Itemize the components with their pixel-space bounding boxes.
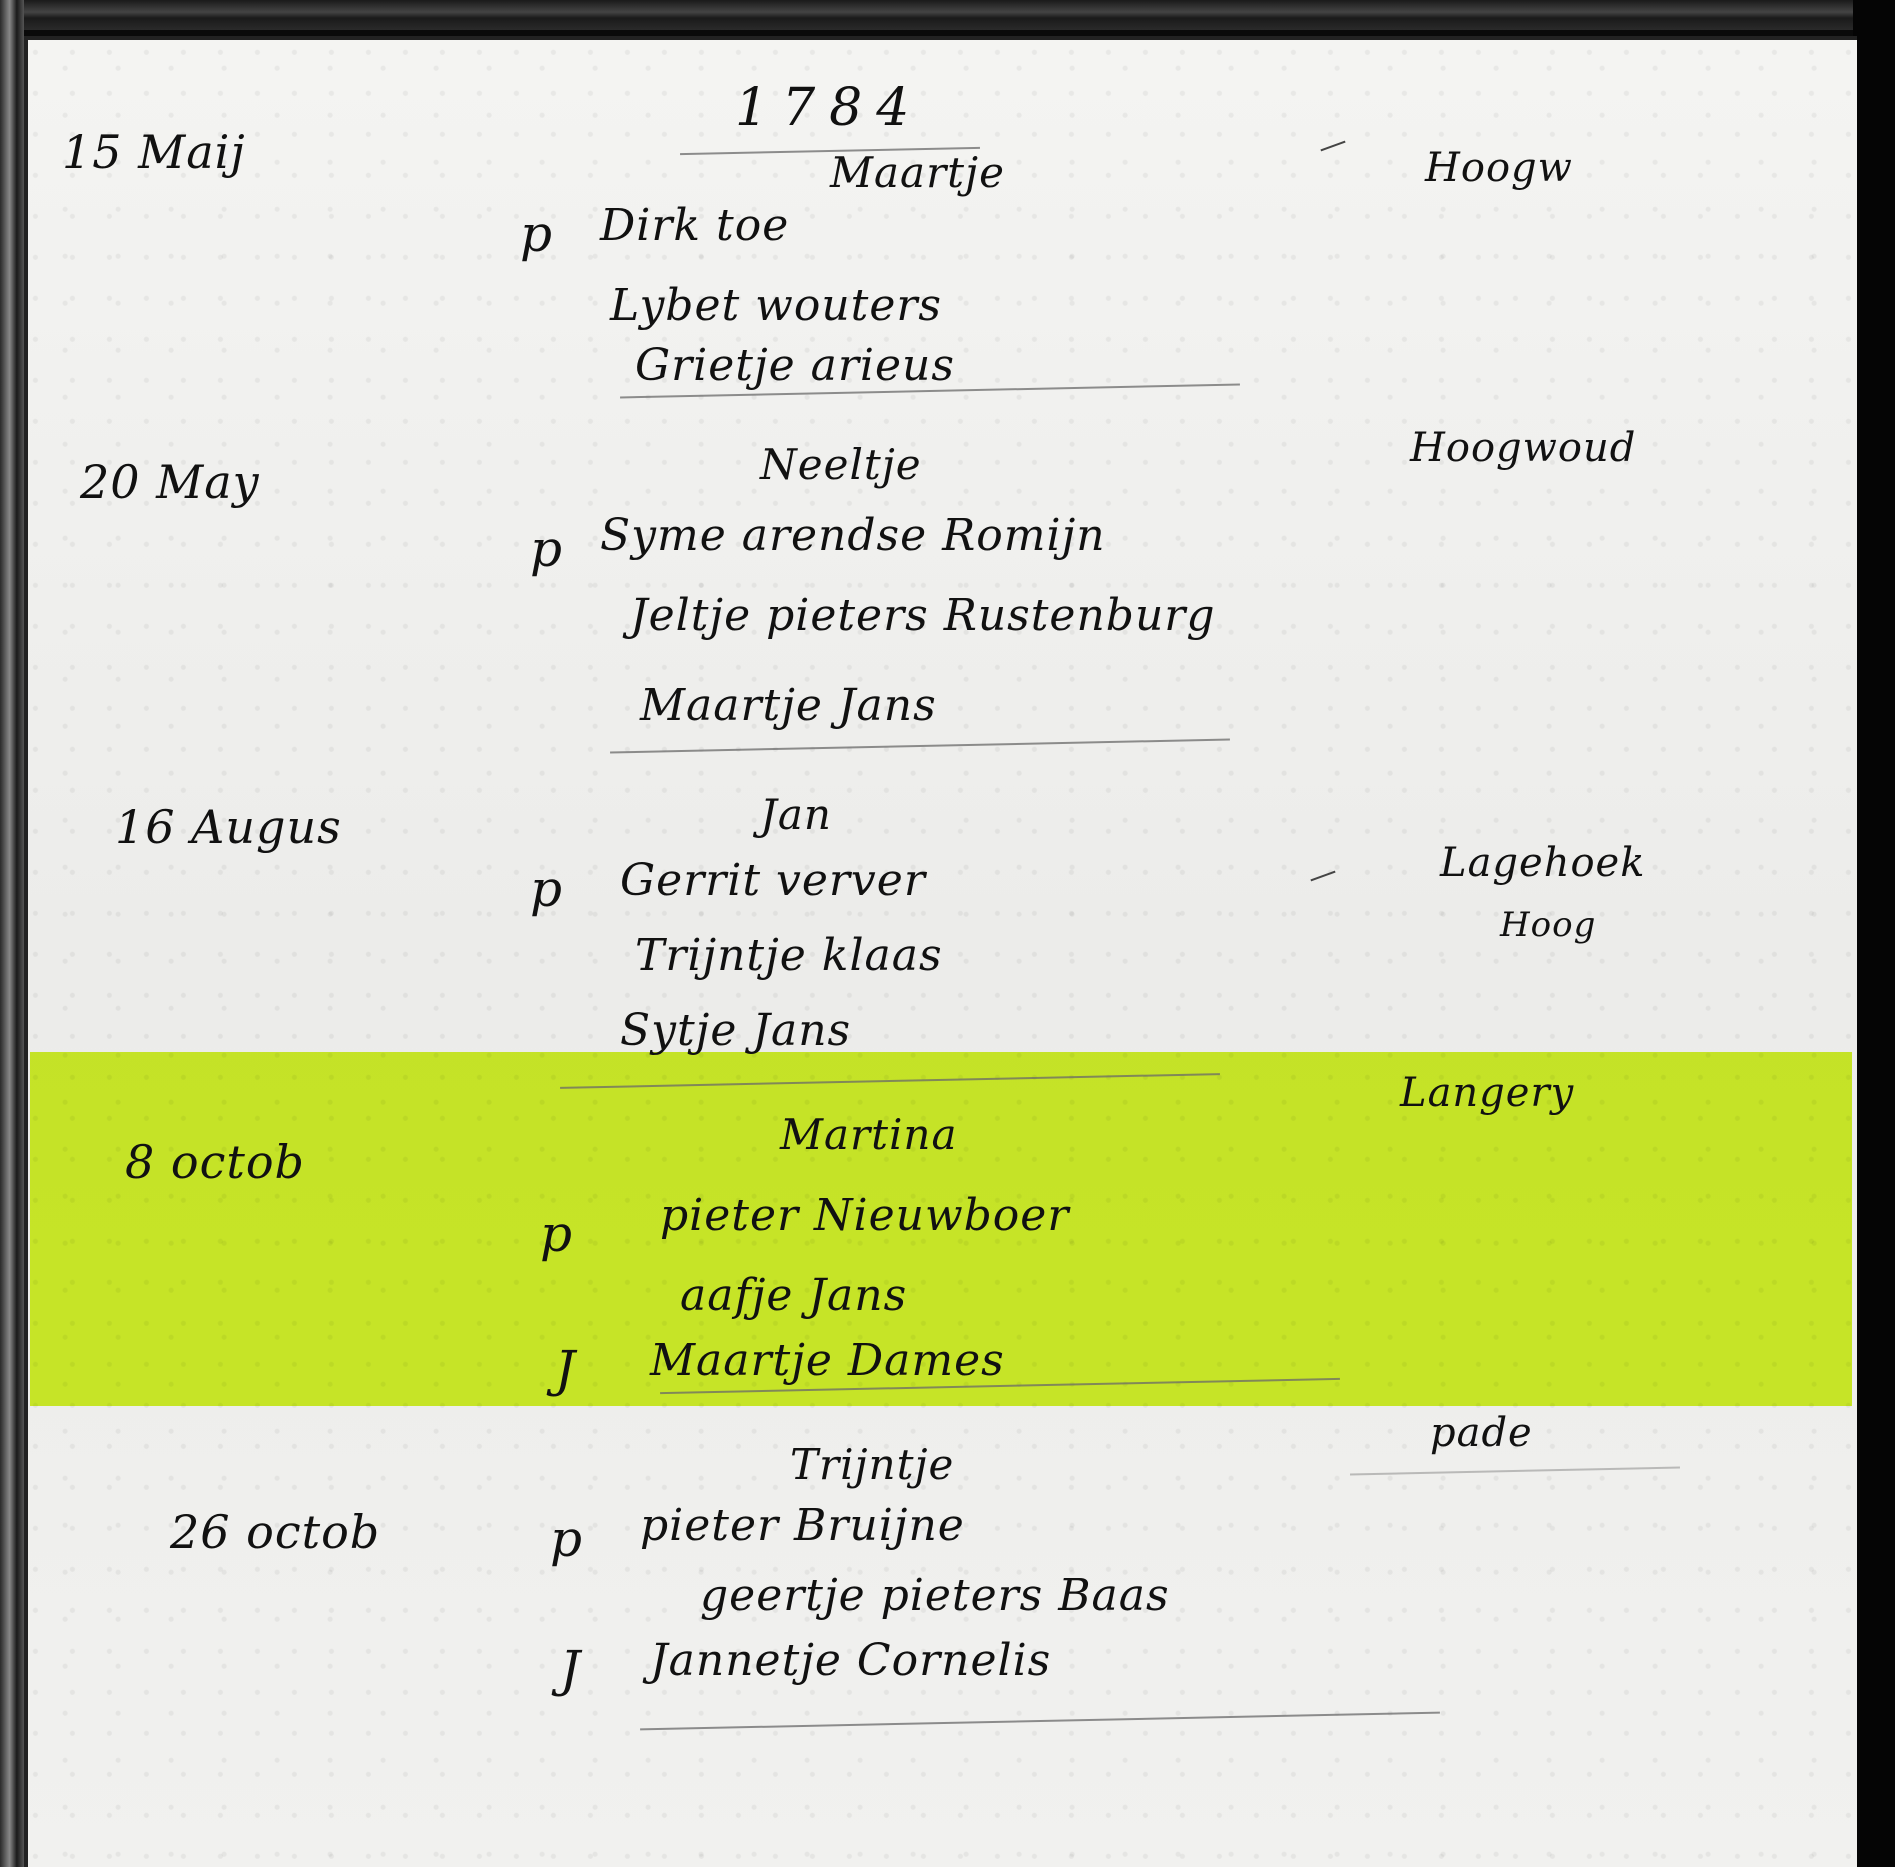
father-mark: p xyxy=(520,205,553,263)
mother-name: aafje Jans xyxy=(680,1270,907,1321)
witness-mark: J xyxy=(555,1340,576,1398)
witness-name: Maartje Jans xyxy=(640,680,937,731)
child-name: Trijntje xyxy=(790,1440,954,1489)
mother-name: geertje pieters Baas xyxy=(700,1570,1170,1621)
scan-frame-top xyxy=(0,0,1895,30)
mother-name: Trijntje klaas xyxy=(635,930,943,981)
father-mark: p xyxy=(530,520,563,578)
father-name: Syme arendse Romijn xyxy=(600,510,1106,561)
witness-name: Jannetje Cornelis xyxy=(650,1635,1051,1686)
entry-date: 15 Maij xyxy=(62,125,246,179)
mother-name: Lybet wouters xyxy=(610,280,942,331)
entry-date: 20 May xyxy=(80,455,260,509)
scan-frame-left xyxy=(0,0,24,1867)
father-mark: p xyxy=(530,860,563,918)
witness-mark: J xyxy=(560,1640,581,1698)
entry-date: 26 octob xyxy=(170,1505,380,1559)
child-name: Neeltje xyxy=(760,440,922,489)
father-name: Dirk toe xyxy=(600,200,789,251)
witness-name: Sytje Jans xyxy=(620,1005,851,1056)
father-name: Gerrit verver xyxy=(620,855,926,906)
child-name: Jan xyxy=(760,790,832,839)
witness-name: Grietje arieus xyxy=(635,340,955,391)
page-year: 1784 xyxy=(735,78,923,138)
place-name: Hoogwoud xyxy=(1410,425,1636,471)
place-name: pade xyxy=(1430,1410,1533,1456)
place-name-line2: Hoog xyxy=(1500,905,1596,945)
place-name: Hoogw xyxy=(1425,145,1573,191)
scan-frame-right xyxy=(1853,0,1895,1867)
child-name: Martina xyxy=(780,1110,958,1159)
place-name: Langery xyxy=(1400,1070,1574,1116)
father-name: pieter Nieuwboer xyxy=(660,1190,1069,1241)
witness-name: Maartje Dames xyxy=(650,1335,1005,1386)
father-mark: p xyxy=(540,1205,573,1263)
place-name: Lagehoek xyxy=(1440,840,1645,886)
father-mark: p xyxy=(550,1510,583,1568)
entry-date: 8 octob xyxy=(125,1135,305,1189)
child-name: Maartje xyxy=(830,148,1005,197)
mother-name: Jeltje pieters Rustenburg xyxy=(630,590,1216,641)
entry-date: 16 Augus xyxy=(115,800,342,854)
father-name: pieter Bruijne xyxy=(640,1500,965,1551)
